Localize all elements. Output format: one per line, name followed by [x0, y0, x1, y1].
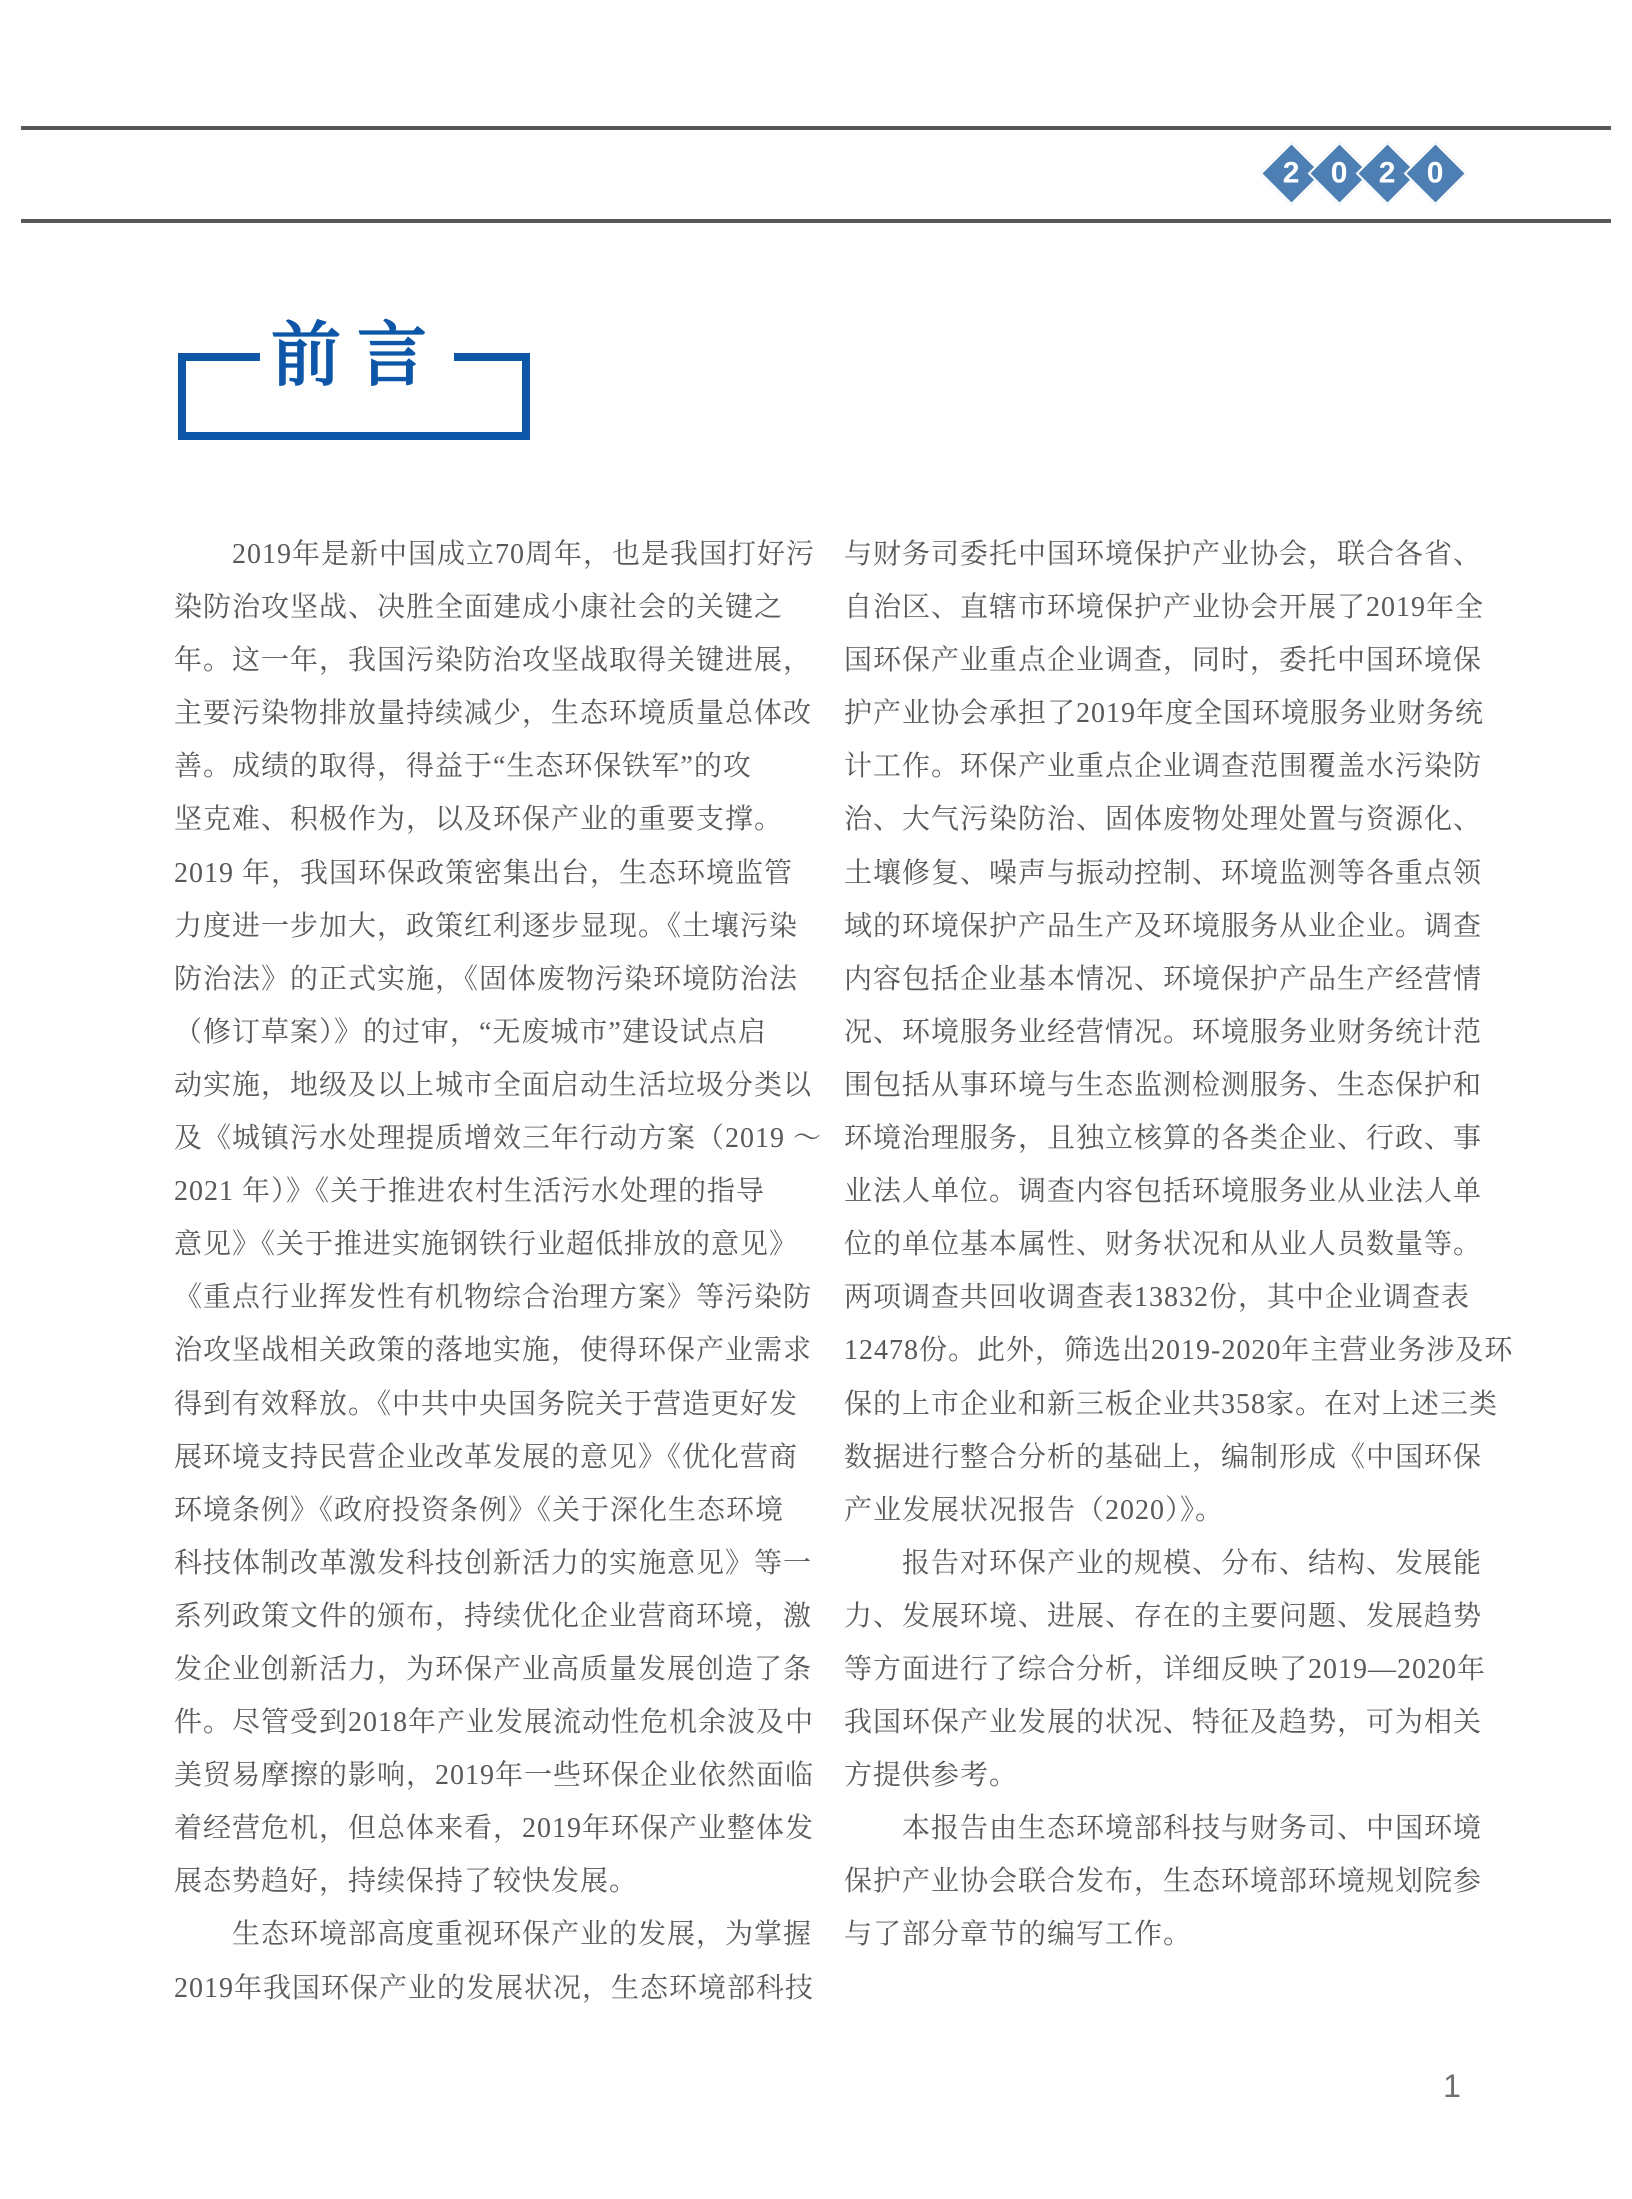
badge-digit: 2 — [1283, 159, 1300, 189]
document-page: { "page": { "year_badge": { "digits": ["… — [0, 0, 1632, 2199]
body-column-left: 2019年是新中国成立70周年，也是我国打好污 染防治攻坚战、决胜全面建成小康社… — [174, 528, 786, 2015]
header-rule-top — [21, 126, 1611, 130]
badge-digit: 0 — [1427, 159, 1444, 189]
header-rule-bottom — [21, 219, 1611, 223]
body-column-right: 与财务司委托中国环境保护产业协会，联合各省、 自治区、直辖市环境保护产业协会开展… — [844, 528, 1458, 1962]
page-number: 1 — [1432, 2068, 1472, 2105]
page-title: 前言 — [260, 313, 454, 407]
diamond-icon: 0 — [1404, 142, 1468, 206]
badge-digit: 2 — [1379, 159, 1396, 189]
badge-digit: 0 — [1331, 159, 1348, 189]
